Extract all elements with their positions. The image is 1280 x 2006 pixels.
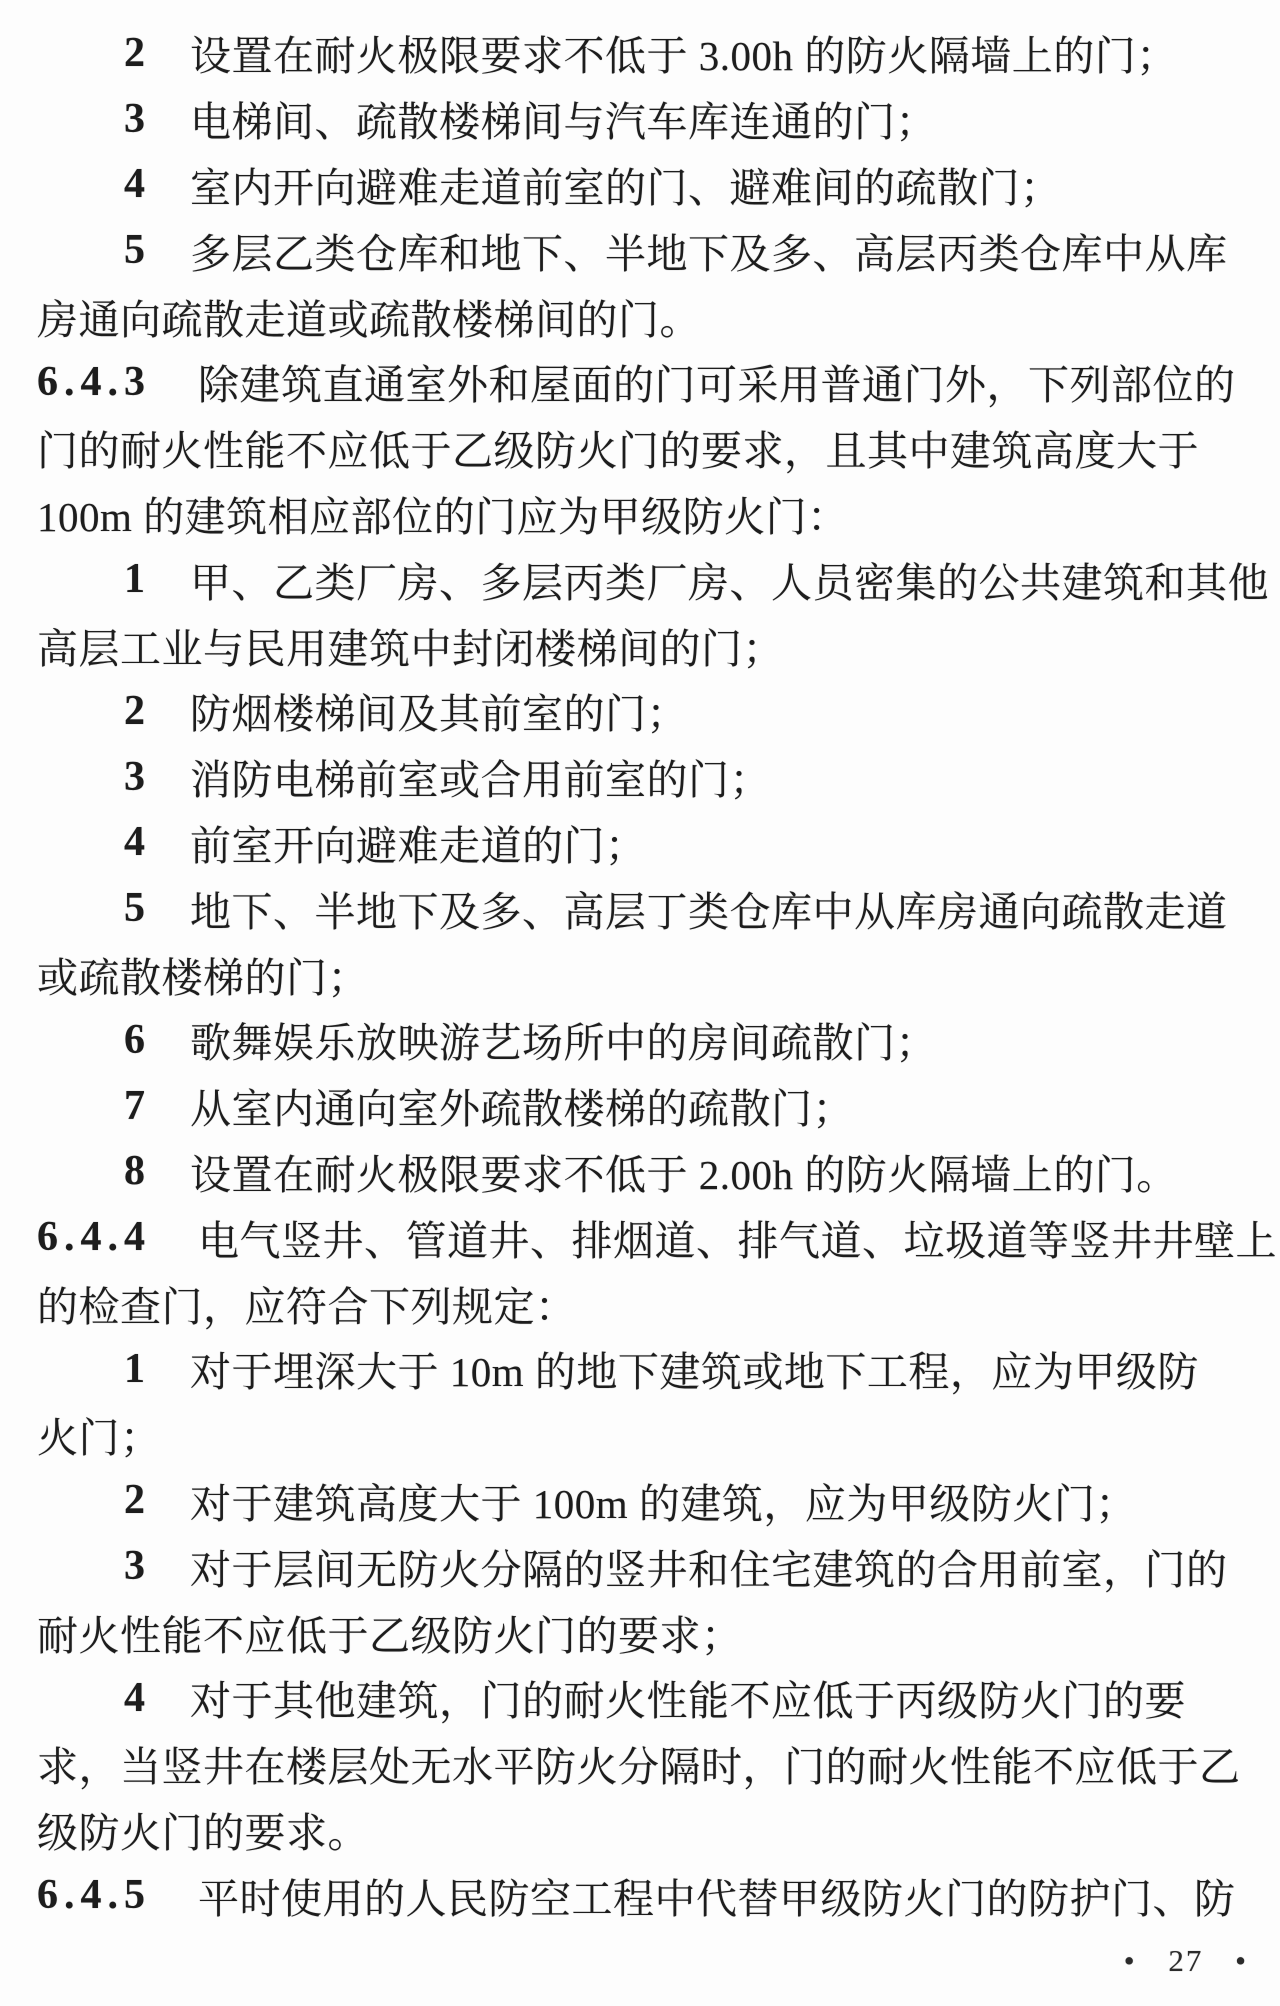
item-number: 7	[124, 1082, 190, 1130]
item-number: 2	[124, 687, 190, 735]
line-text: 级防火门的要求。	[37, 1800, 369, 1859]
text-line: 高层工业与民用建筑中封闭楼梯间的门；	[37, 612, 1250, 678]
text-line: 门的耐火性能不应低于乙级防火门的要求，且其中建筑高度大于	[37, 415, 1250, 481]
item-number: 4	[124, 1674, 190, 1722]
line-text: 门的耐火性能不应低于乙级防火门的要求，且其中建筑高度大于	[37, 418, 1199, 477]
line-text: 电梯间、疏散楼梯间与汽车库连通的门；	[190, 89, 937, 148]
text-line: 2对于建筑高度大于 100m 的建筑，应为甲级防火门；	[37, 1468, 1250, 1534]
item-number: 4	[124, 160, 190, 208]
item-number: 3	[124, 1542, 190, 1590]
line-text: 前室开向避难走道的门；	[190, 813, 647, 872]
text-line: 100m 的建筑相应部位的门应为甲级防火门：	[37, 481, 1250, 547]
page-footer: • 27 •	[37, 1928, 1250, 1994]
text-line: 2设置在耐火极限要求不低于 3.00h 的防火隔墙上的门；	[37, 20, 1250, 86]
line-text: 火门；	[37, 1405, 162, 1464]
text-line: 3对于层间无防火分隔的竖井和住宅建筑的合用前室，门的	[37, 1533, 1250, 1599]
text-line: 级防火门的要求。	[37, 1797, 1250, 1863]
item-number: 6	[124, 1016, 190, 1064]
item-number: 2	[124, 1476, 190, 1524]
line-text: 歌舞娱乐放映游艺场所中的房间疏散门；	[190, 1010, 937, 1069]
text-line: 6歌舞娱乐放映游艺场所中的房间疏散门；	[37, 1007, 1250, 1073]
document-page: 2设置在耐火极限要求不低于 3.00h 的防火隔墙上的门； 3电梯间、疏散楼梯间…	[0, 0, 1280, 2006]
text-line: 1对于埋深大于 10m 的地下建筑或地下工程，应为甲级防	[37, 1336, 1250, 1402]
text-line: 火门；	[37, 1402, 1250, 1468]
page-number: • 27 •	[1124, 1943, 1248, 1979]
line-text: 耐火性能不应低于乙级防火门的要求；	[37, 1603, 743, 1662]
line-text: 高层工业与民用建筑中封闭楼梯间的门；	[37, 616, 784, 675]
line-text: 对于其他建筑，门的耐火性能不应低于丙级防火门的要	[190, 1668, 1186, 1727]
text-line: 2防烟楼梯间及其前室的门；	[37, 678, 1250, 744]
text-line: 3电梯间、疏散楼梯间与汽车库连通的门；	[37, 86, 1250, 152]
text-line: 8设置在耐火极限要求不低于 2.00h 的防火隔墙上的门。	[37, 1139, 1250, 1205]
line-text: 对于建筑高度大于 100m 的建筑，应为甲级防火门；	[190, 1471, 1137, 1530]
line-text: 平时使用的人民防空工程中代替甲级防火门的防护门、防	[198, 1866, 1236, 1925]
line-text: 求，当竖井在楼层处无水平防火分隔时，门的耐火性能不应低于乙	[37, 1734, 1241, 1793]
line-text: 消防电梯前室或合用前室的门；	[190, 747, 771, 806]
text-line: 6.4.4电气竖井、管道井、排烟道、排气道、垃圾道等竖井井壁上	[37, 1204, 1250, 1270]
item-number: 8	[124, 1147, 190, 1195]
line-text: 电气竖井、管道井、排烟道、排气道、垃圾道等竖井井壁上	[198, 1208, 1277, 1267]
line-text: 多层乙类仓库和地下、半地下及多、高层丙类仓库中从库	[190, 221, 1228, 280]
line-text: 或疏散楼梯的门；	[37, 945, 369, 1004]
text-line: 4前室开向避难走道的门；	[37, 810, 1250, 876]
text-line: 4室内开向避难走道前室的门、避难间的疏散门；	[37, 152, 1250, 218]
item-number: 3	[124, 95, 190, 143]
text-line: 或疏散楼梯的门；	[37, 941, 1250, 1007]
line-text: 100m 的建筑相应部位的门应为甲级防火门：	[37, 484, 849, 543]
item-number: 3	[124, 753, 190, 801]
item-number: 1	[124, 1345, 190, 1393]
text-line: 6.4.3除建筑直通室外和屋面的门可采用普通门外，下列部位的	[37, 349, 1250, 415]
text-line: 5多层乙类仓库和地下、半地下及多、高层丙类仓库中从库	[37, 217, 1250, 283]
text-line: 的检查门，应符合下列规定：	[37, 1270, 1250, 1336]
line-text: 设置在耐火极限要求不低于 2.00h 的防火隔墙上的门。	[190, 1142, 1178, 1201]
line-text: 防烟楼梯间及其前室的门；	[190, 681, 688, 740]
text-line: 3消防电梯前室或合用前室的门；	[37, 744, 1250, 810]
text-line: 房通向疏散走道或疏散楼梯间的门。	[37, 283, 1250, 349]
text-line: 7从室内通向室外疏散楼梯的疏散门；	[37, 1073, 1250, 1139]
line-text: 从室内通向室外疏散楼梯的疏散门；	[190, 1076, 854, 1135]
line-text: 地下、半地下及多、高层丁类仓库中从库房通向疏散走道	[190, 879, 1228, 938]
clause-number: 6.4.4	[37, 1213, 198, 1261]
clause-number: 6.4.3	[37, 358, 198, 406]
text-line: 1甲、乙类厂房、多层丙类厂房、人员密集的公共建筑和其他	[37, 546, 1250, 612]
text-line: 求，当竖井在楼层处无水平防火分隔时，门的耐火性能不应低于乙	[37, 1731, 1250, 1797]
item-number: 4	[124, 818, 190, 866]
line-text: 除建筑直通室外和屋面的门可采用普通门外，下列部位的	[198, 352, 1236, 411]
line-text: 的检查门，应符合下列规定：	[37, 1274, 577, 1333]
item-number: 2	[124, 29, 190, 77]
line-text: 房通向疏散走道或疏散楼梯间的门。	[37, 287, 701, 346]
item-number: 1	[124, 555, 190, 603]
line-text: 甲、乙类厂房、多层丙类厂房、人员密集的公共建筑和其他	[190, 550, 1269, 609]
clause-number: 6.4.5	[37, 1871, 198, 1919]
line-text: 设置在耐火极限要求不低于 3.00h 的防火隔墙上的门；	[190, 23, 1178, 82]
line-text: 室内开向避难走道前室的门、避难间的疏散门；	[190, 155, 1062, 214]
line-text: 对于埋深大于 10m 的地下建筑或地下工程，应为甲级防	[190, 1339, 1199, 1398]
text-line: 耐火性能不应低于乙级防火门的要求；	[37, 1599, 1250, 1665]
item-number: 5	[124, 226, 190, 274]
text-line: 6.4.5平时使用的人民防空工程中代替甲级防火门的防护门、防	[37, 1862, 1250, 1928]
item-number: 5	[124, 884, 190, 932]
text-line: 4对于其他建筑，门的耐火性能不应低于丙级防火门的要	[37, 1665, 1250, 1731]
line-text: 对于层间无防火分隔的竖井和住宅建筑的合用前室，门的	[190, 1537, 1228, 1596]
text-line: 5地下、半地下及多、高层丁类仓库中从库房通向疏散走道	[37, 875, 1250, 941]
